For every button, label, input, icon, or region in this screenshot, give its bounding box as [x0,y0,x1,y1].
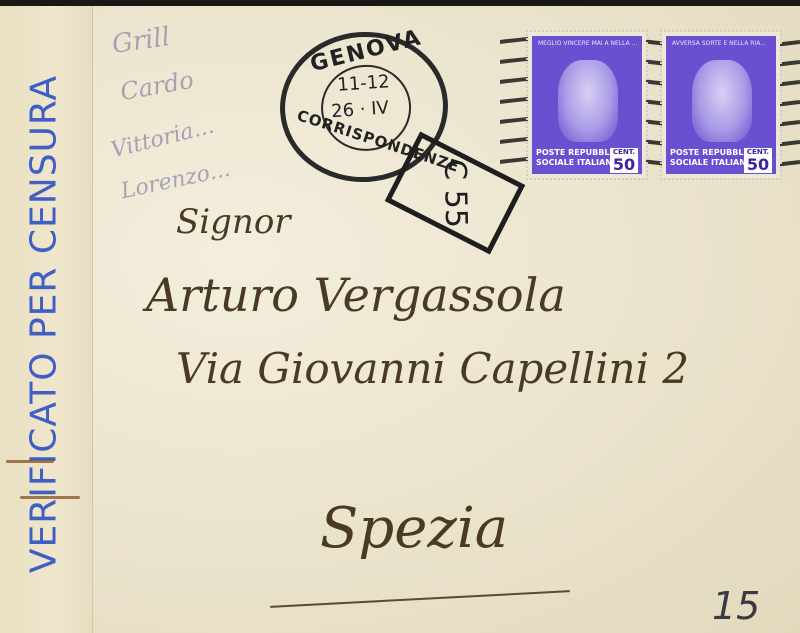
address-name: Arturo Vergassola [146,268,566,322]
stamp-denomination: CENT.50 [610,148,638,173]
page-number: 15 [712,584,760,628]
stamp-denomination: CENT.50 [744,148,772,173]
address-city: Spezia [320,496,508,561]
postage-stamp: AVVERSA SORTE E NELLA RIA... POSTE REPUB… [662,32,780,178]
stamp-portrait [558,60,618,142]
postage-stamp: MEGLIO VINCERE MAI A NELLA ... POSTE REP… [528,32,646,178]
envelope: VERIFICATO PER CENSURA Grill Cardo Vitto… [0,6,800,633]
stain [20,496,80,499]
pencil-note-line: Vittoria... [109,114,217,164]
stamp-portrait [692,60,752,142]
pencil-note-line: Lorenzo... [119,157,233,205]
postmark-time: 11-12 [337,71,391,96]
pencil-note-line: Cardo [118,66,196,106]
stain [6,460,54,463]
city-underline [270,590,570,608]
pencil-note-line: Grill [110,22,172,60]
address-street: Via Giovanni Capellini 2 [176,344,689,393]
address-salutation: Signor [176,202,291,242]
censorship-tape: VERIFICATO PER CENSURA [0,6,93,633]
